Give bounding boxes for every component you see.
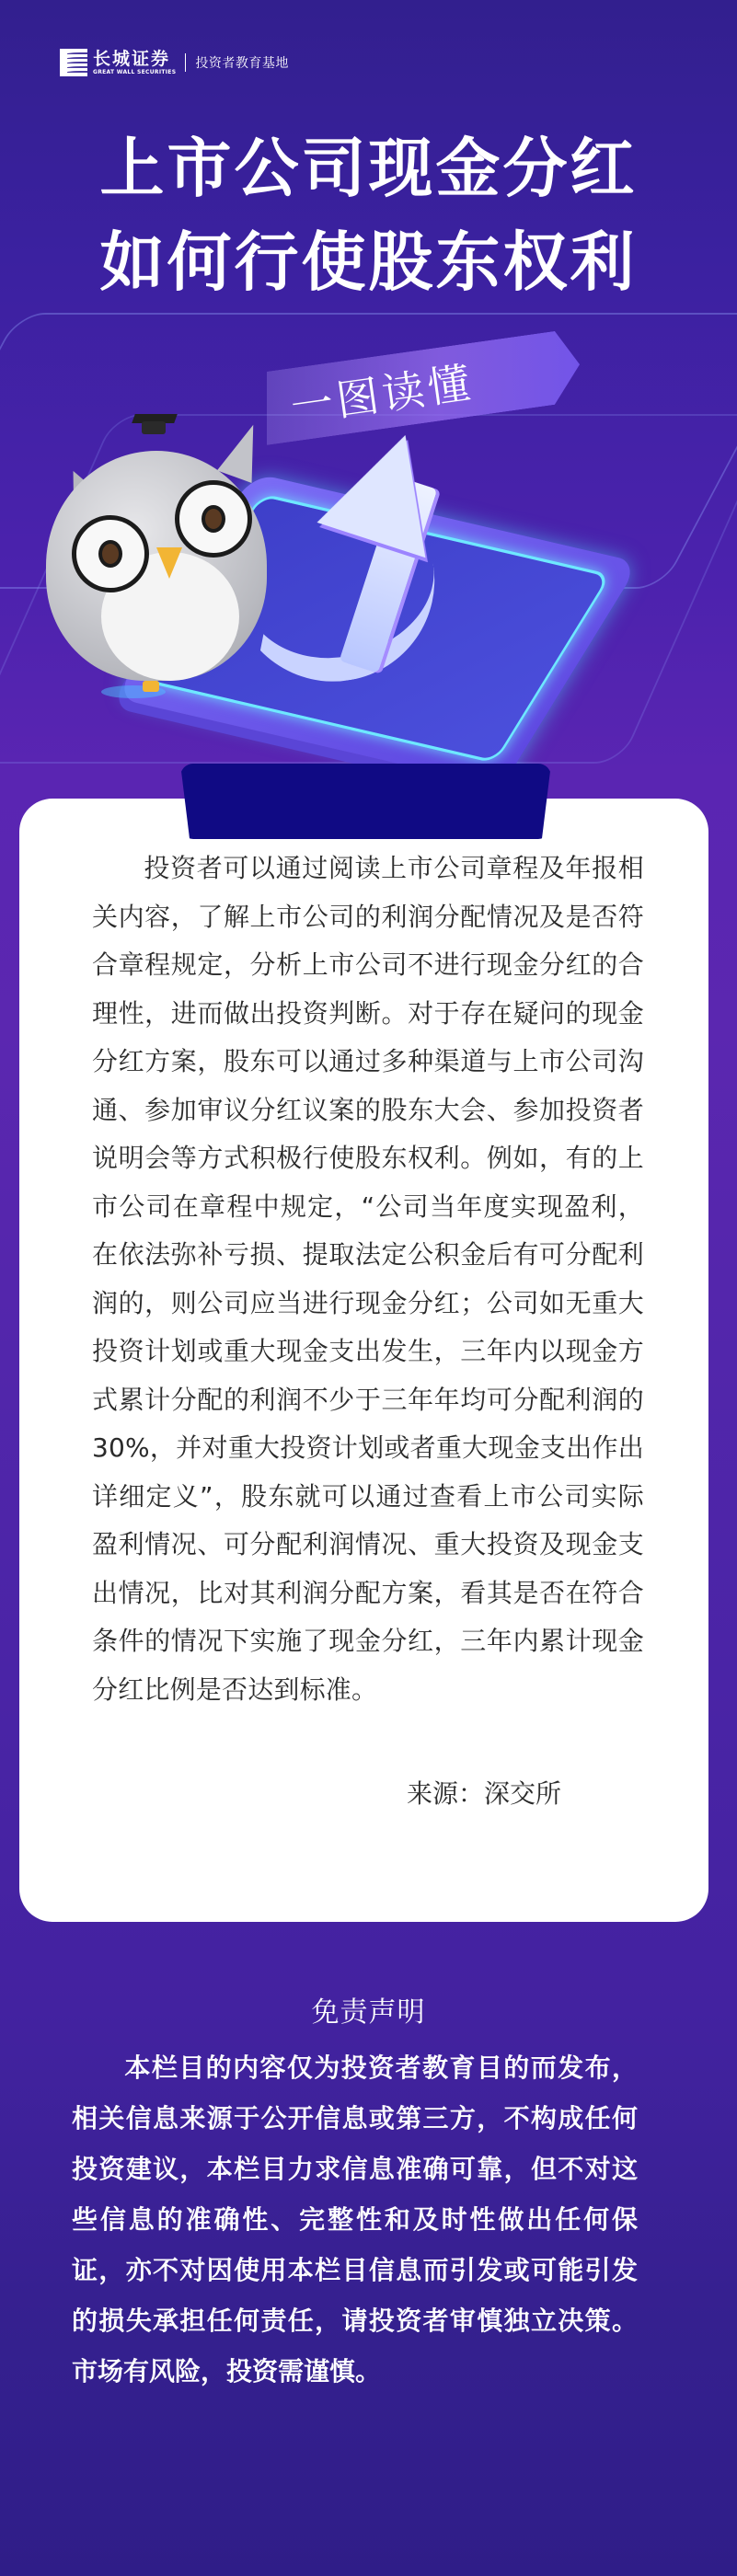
title-line-1: 上市公司现金分红 bbox=[0, 121, 737, 215]
disclaimer-body: 本栏目的内容仅为投资者教育目的而发布，相关信息来源于公开信息或第三方，不构成任何… bbox=[72, 2042, 638, 2397]
owl-mascot-icon bbox=[46, 414, 313, 699]
page-title: 上市公司现金分红 如何行使股东权利 bbox=[0, 121, 737, 309]
disclaimer-text: 本栏目的内容仅为投资者教育目的而发布，相关信息来源于公开信息或第三方，不构成任何… bbox=[72, 2053, 638, 2386]
page: 长城证券 GREAT WALL SECURITIES 投资者教育基地 上市公司现… bbox=[0, 0, 737, 2576]
owl-eye-right bbox=[175, 480, 252, 558]
card-header-tab bbox=[180, 764, 551, 839]
owl-beak bbox=[156, 547, 182, 579]
article-body: 投资者可以通过阅读上市公司章程及年报相关内容，了解上市公司的利润分配情况及是否符… bbox=[92, 845, 644, 1714]
content-card: 投资者可以通过阅读上市公司章程及年报相关内容，了解上市公司的利润分配情况及是否符… bbox=[19, 799, 708, 1922]
owl-eye-left bbox=[72, 515, 149, 592]
article-paragraph: 投资者可以通过阅读上市公司章程及年报相关内容，了解上市公司的利润分配情况及是否符… bbox=[92, 853, 644, 1705]
logo-subtitle: 投资者教育基地 bbox=[195, 53, 289, 72]
title-line-2: 如何行使股东权利 bbox=[0, 215, 737, 309]
disclaimer-title: 免责声明 bbox=[0, 1989, 737, 2030]
logo-wordmark: 长城证券 GREAT WALL SECURITIES bbox=[93, 51, 176, 75]
hero-illustration: 一图读懂 bbox=[0, 304, 737, 819]
logo-divider bbox=[185, 53, 186, 72]
brand-logo: 长城证券 GREAT WALL SECURITIES 投资者教育基地 bbox=[60, 49, 289, 76]
logo-cn: 长城证券 bbox=[93, 51, 176, 68]
source-label: 来源：深交所 bbox=[407, 1774, 561, 1811]
great-wall-logo-icon bbox=[60, 49, 87, 76]
logo-en: GREAT WALL SECURITIES bbox=[93, 70, 176, 75]
